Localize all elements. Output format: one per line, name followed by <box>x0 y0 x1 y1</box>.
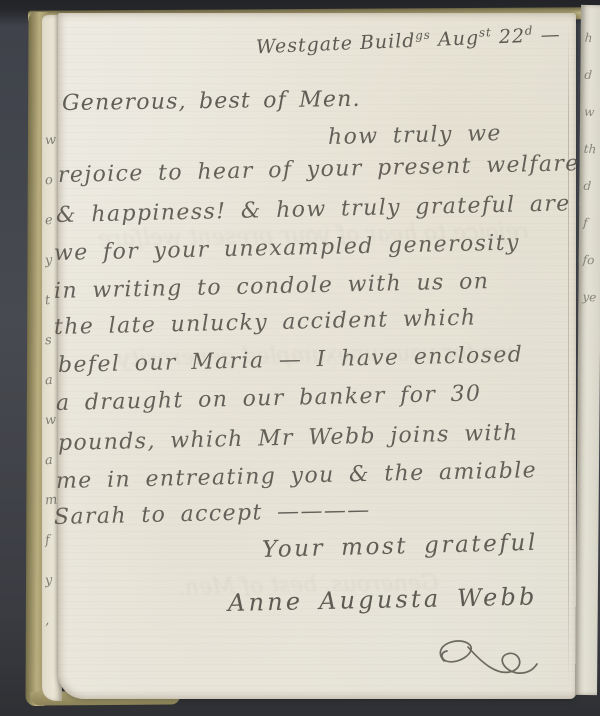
edge-fragment: ye <box>582 290 597 305</box>
edge-fragment: fo <box>582 253 597 268</box>
manuscript-page: rejoice to hear of your present welfare … <box>58 13 576 699</box>
date-place-superscript: gs <box>415 28 431 43</box>
edge-fragment: th <box>583 142 598 157</box>
edge-fragment: d <box>583 179 598 194</box>
handwritten-line: rejoice to hear of your present welfare <box>58 151 580 188</box>
photo-background: w o e y t s a w a m f y , rejoice to hea… <box>0 0 600 716</box>
salutation-line: Generous, best of Men. <box>62 87 361 116</box>
signature-flourish <box>410 631 540 689</box>
edge-fragment: h <box>584 31 599 46</box>
handwritten-line: the late unlucky accident which <box>54 305 477 340</box>
date-month-superscript: st <box>479 25 492 40</box>
next-page-text-fragments: h d w th d f fo ye <box>582 31 598 304</box>
handwritten-line: pounds, which Mr Webb joins with <box>58 421 519 456</box>
handwritten-line: a draught on our banker for 30 <box>56 381 482 416</box>
date-month: Aug <box>431 27 480 51</box>
handwritten-line: in writing to condole with us on <box>54 269 490 304</box>
edge-fragment: o <box>44 173 57 189</box>
signature-line: Anne Augusta Webb <box>228 583 538 617</box>
handwritten-line: me in entreating you & the amiable <box>56 458 538 494</box>
date-day: 22 <box>491 25 525 48</box>
edge-fragment: a <box>44 453 57 469</box>
handwritten-line: how truly we <box>328 121 502 150</box>
edge-fragment: f <box>583 216 598 231</box>
edge-fragment: f <box>44 533 57 549</box>
edge-fragment: w <box>44 133 57 149</box>
date-dash: — <box>533 24 561 47</box>
date-place: Westgate Build <box>256 30 416 59</box>
edge-fragment: , <box>44 613 57 629</box>
page-crease <box>568 19 569 691</box>
edge-fragment: w <box>584 105 599 120</box>
edge-fragment: y <box>44 573 57 589</box>
next-page-edge: h d w th d f fo ye <box>575 5 600 695</box>
date-line: Westgate Buildgs Augst 22d — <box>256 22 562 58</box>
edge-fragment: a <box>44 373 57 389</box>
closing-line: Your most grateful <box>262 530 539 563</box>
edge-fragment: d <box>584 68 599 83</box>
handwritten-line: Sarah to accept ———— <box>54 498 371 530</box>
